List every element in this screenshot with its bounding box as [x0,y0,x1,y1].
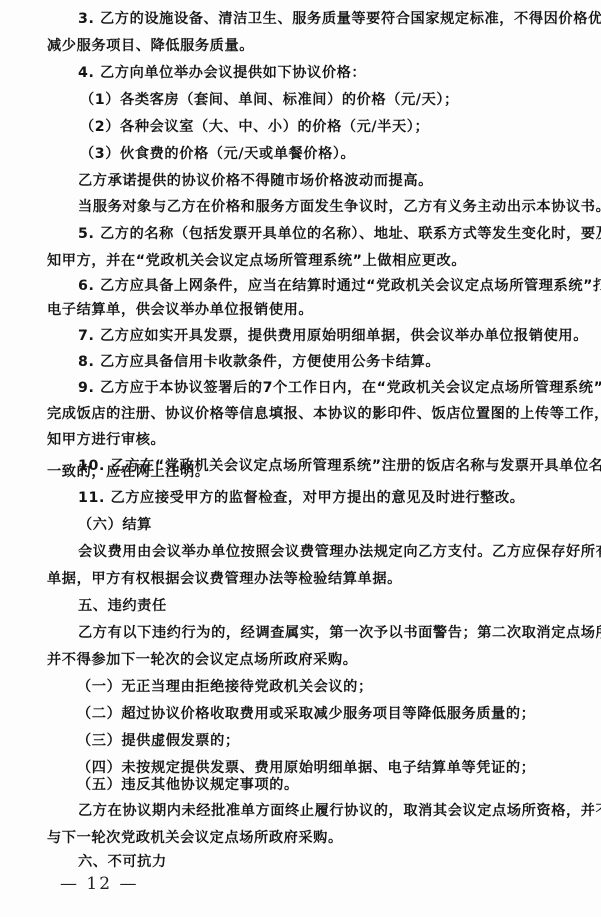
text-line: 知甲方进行审核。 [47,430,165,450]
text-line: 减少服务项目、降低服务质量。 [47,36,254,56]
text-line: 5. 乙方的名称（包括发票开具单位的名称）、地址、联系方式等发生变化时，要及时通 [78,224,601,244]
text-line: 3. 乙方的设施设备、清洁卫生、服务质量等要符合国家规定标准，不得因价格优惠而 [78,9,601,29]
text-line: 会议费用由会议举办单位按照会议费管理办法规定向乙方支付。乙方应保存好所有结算 [78,542,601,562]
text-line: 单据，甲方有权根据会议费管理办法等检验结算单据。 [47,569,402,589]
text-line: 乙方有以下违约行为的，经调查属实，第一次予以书面警告；第二次取消定点场所资格， [78,623,601,643]
text-line: （3）伙食费的价格（元/天或单餐价格）。 [80,144,355,164]
text-line: 当服务对象与乙方在价格和服务方面发生争议时，乙方有义务主动出示本协议书。 [78,197,601,217]
text-line: 11. 乙方应接受甲方的监督检查，对甲方提出的意见及时进行整改。 [78,488,525,508]
text-line: （一）无正当理由拒绝接待党政机关会议的； [77,677,373,697]
text-line: （1）各类客房（套间、单间、标准间）的价格（元/天）； [80,90,459,110]
text-line: 完成饭店的注册、协议价格等信息填报、本协议的影印件、饭店位置图的上传等工作，并通 [47,404,601,424]
text-line: 电子结算单，供会议举办单位报销使用。 [47,300,313,320]
text-line: 五、违约责任 [78,596,167,616]
text-line: 与下一轮次党政机关会议定点场所政府采购。 [47,828,343,848]
text-line: （二）超过协议价格收取费用或采取减少服务项目等降低服务质量的； [77,704,535,724]
text-line: 8. 乙方应具备信用卡收款条件，方便使用公务卡结算。 [78,352,440,372]
text-line: 6. 乙方应具备上网条件，应当在结算时通过“党政机关会议定点场所管理系统”打印 [78,276,601,296]
text-line: 乙方承诺提供的协议价格不得随市场价格波动而提高。 [78,171,433,191]
text-line: （2）各种会议室（大、中、小）的价格（元/半天）； [80,117,429,137]
text-line: 并不得参加下一轮次的会议定点场所政府采购。 [47,650,358,670]
text-line: （六）结算 [78,515,152,535]
page-number: — 12 — [60,874,138,894]
text-line: 9. 乙方应于本协议签署后的7个工作日内，在“党政机关会议定点场所管理系统”上 [78,378,601,398]
text-line: 7. 乙方应如实开具发票，提供费用原始明细单据，供会议举办单位报销使用。 [78,326,588,346]
text-line: 六、不可抗力 [78,852,167,872]
document-page: 3. 乙方的设施设备、清洁卫生、服务质量等要符合国家规定标准，不得因价格优惠而减… [0,0,601,917]
text-line: （五）违反其他协议规定事项的。 [77,775,299,795]
text-line: 乙方在协议期内未经批准单方面终止履行协议的，取消其会议定点场所资格，并不得参 [78,801,601,821]
text-line: 4. 乙方向单位举办会议提供如下协议价格： [78,63,366,83]
text-line: 知甲方，并在“党政机关会议定点场所管理系统”上做相应更改。 [47,251,466,271]
text-line: （三）提供虚假发票的； [77,731,240,751]
text-line: 一致的，应在网上注明。 [47,462,210,482]
